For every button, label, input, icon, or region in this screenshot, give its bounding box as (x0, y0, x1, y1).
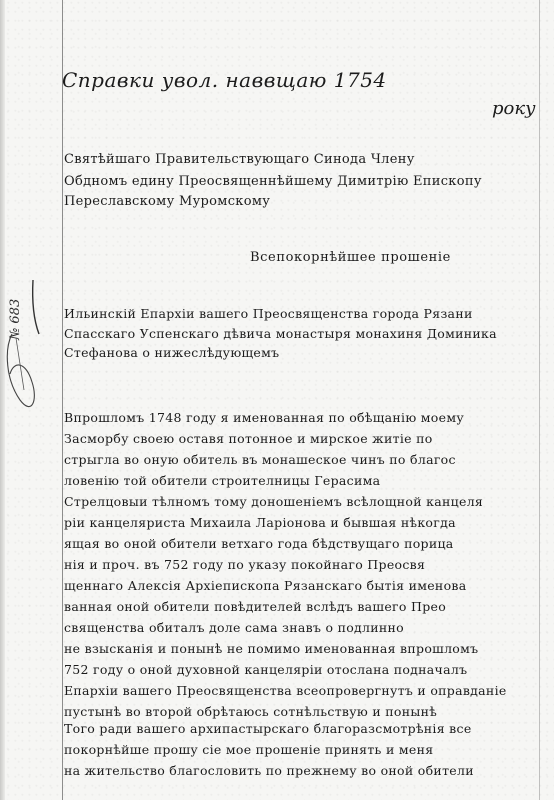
body-line: священства обиталъ доле сама знавъ о под… (64, 620, 534, 635)
body-line: ловенію той обители строителницы Герасим… (64, 473, 534, 488)
body-line: ріи канцеляриста Михаила Ларіонова и быв… (64, 515, 534, 530)
header-inscription: Справки увол. наввщаю 1754 (62, 68, 532, 92)
right-margin-rule (539, 0, 540, 800)
document-title: Всепокорнѣйшее прошеніе (250, 250, 451, 265)
addressee-line: Святѣйшаго Правительствующаго Синода Чле… (64, 152, 534, 167)
petitioner-line: Стефанова о нижеслѣдующемъ (64, 345, 534, 360)
body-line: нія и проч. въ 752 году по указу покойна… (64, 557, 534, 572)
body-line: Засморбу своею оставя потонное и мирское… (64, 431, 534, 446)
body-line: Стрелцовыи тѣлномъ тому доношеніемъ всѣл… (64, 494, 534, 509)
closing-line: покорнѣйше прошу сіе мое прошеніе принят… (64, 742, 534, 757)
petitioner-line: Ильинскій Епархіи вашего Преосвященства … (64, 306, 534, 321)
body-line: Впрошломъ 1748 году я именованная по обѣ… (64, 410, 534, 425)
margin-stroke-icon (30, 278, 42, 338)
petitioner-line: Спасскаго Успенскаго дѣвича монастыря мо… (64, 326, 534, 341)
closing-line: на жительство благословить по прежнему в… (64, 763, 534, 778)
header-continuation: року (492, 98, 536, 119)
archive-number: № 683 (4, 230, 84, 270)
closing-line: Того ради вашего архипастырскаго благора… (64, 721, 534, 736)
body-line: ванная оной обители повѣдителей вслѣдъ в… (64, 599, 534, 614)
left-margin-rule (62, 0, 63, 800)
addressee-line: Переславскому Муромскому (64, 194, 534, 209)
body-line: пустынѣ во второй обрѣтаюсь сотнѣльствую… (64, 704, 534, 719)
body-line: Епархіи вашего Преосвященства всеопровер… (64, 683, 534, 698)
manuscript-page: № 683 Справки увол. наввщаю 1754 року Св… (0, 0, 554, 800)
body-line: стрыгла во оную обитель въ монашеское чи… (64, 452, 534, 467)
body-line: 752 году о оной духовной канцеляріи отос… (64, 662, 534, 677)
body-line: ящая во оной обители ветхаго года бѣдств… (64, 536, 534, 551)
body-line: не взысканія и понынѣ не помимо именован… (64, 641, 534, 656)
addressee-line: Обдномъ едину Преосвященнѣйшему Димитрію… (64, 174, 534, 189)
margin-flourish-icon (2, 330, 38, 420)
body-line: щеннаго Алексія Архіепископа Рязанскаго … (64, 578, 534, 593)
